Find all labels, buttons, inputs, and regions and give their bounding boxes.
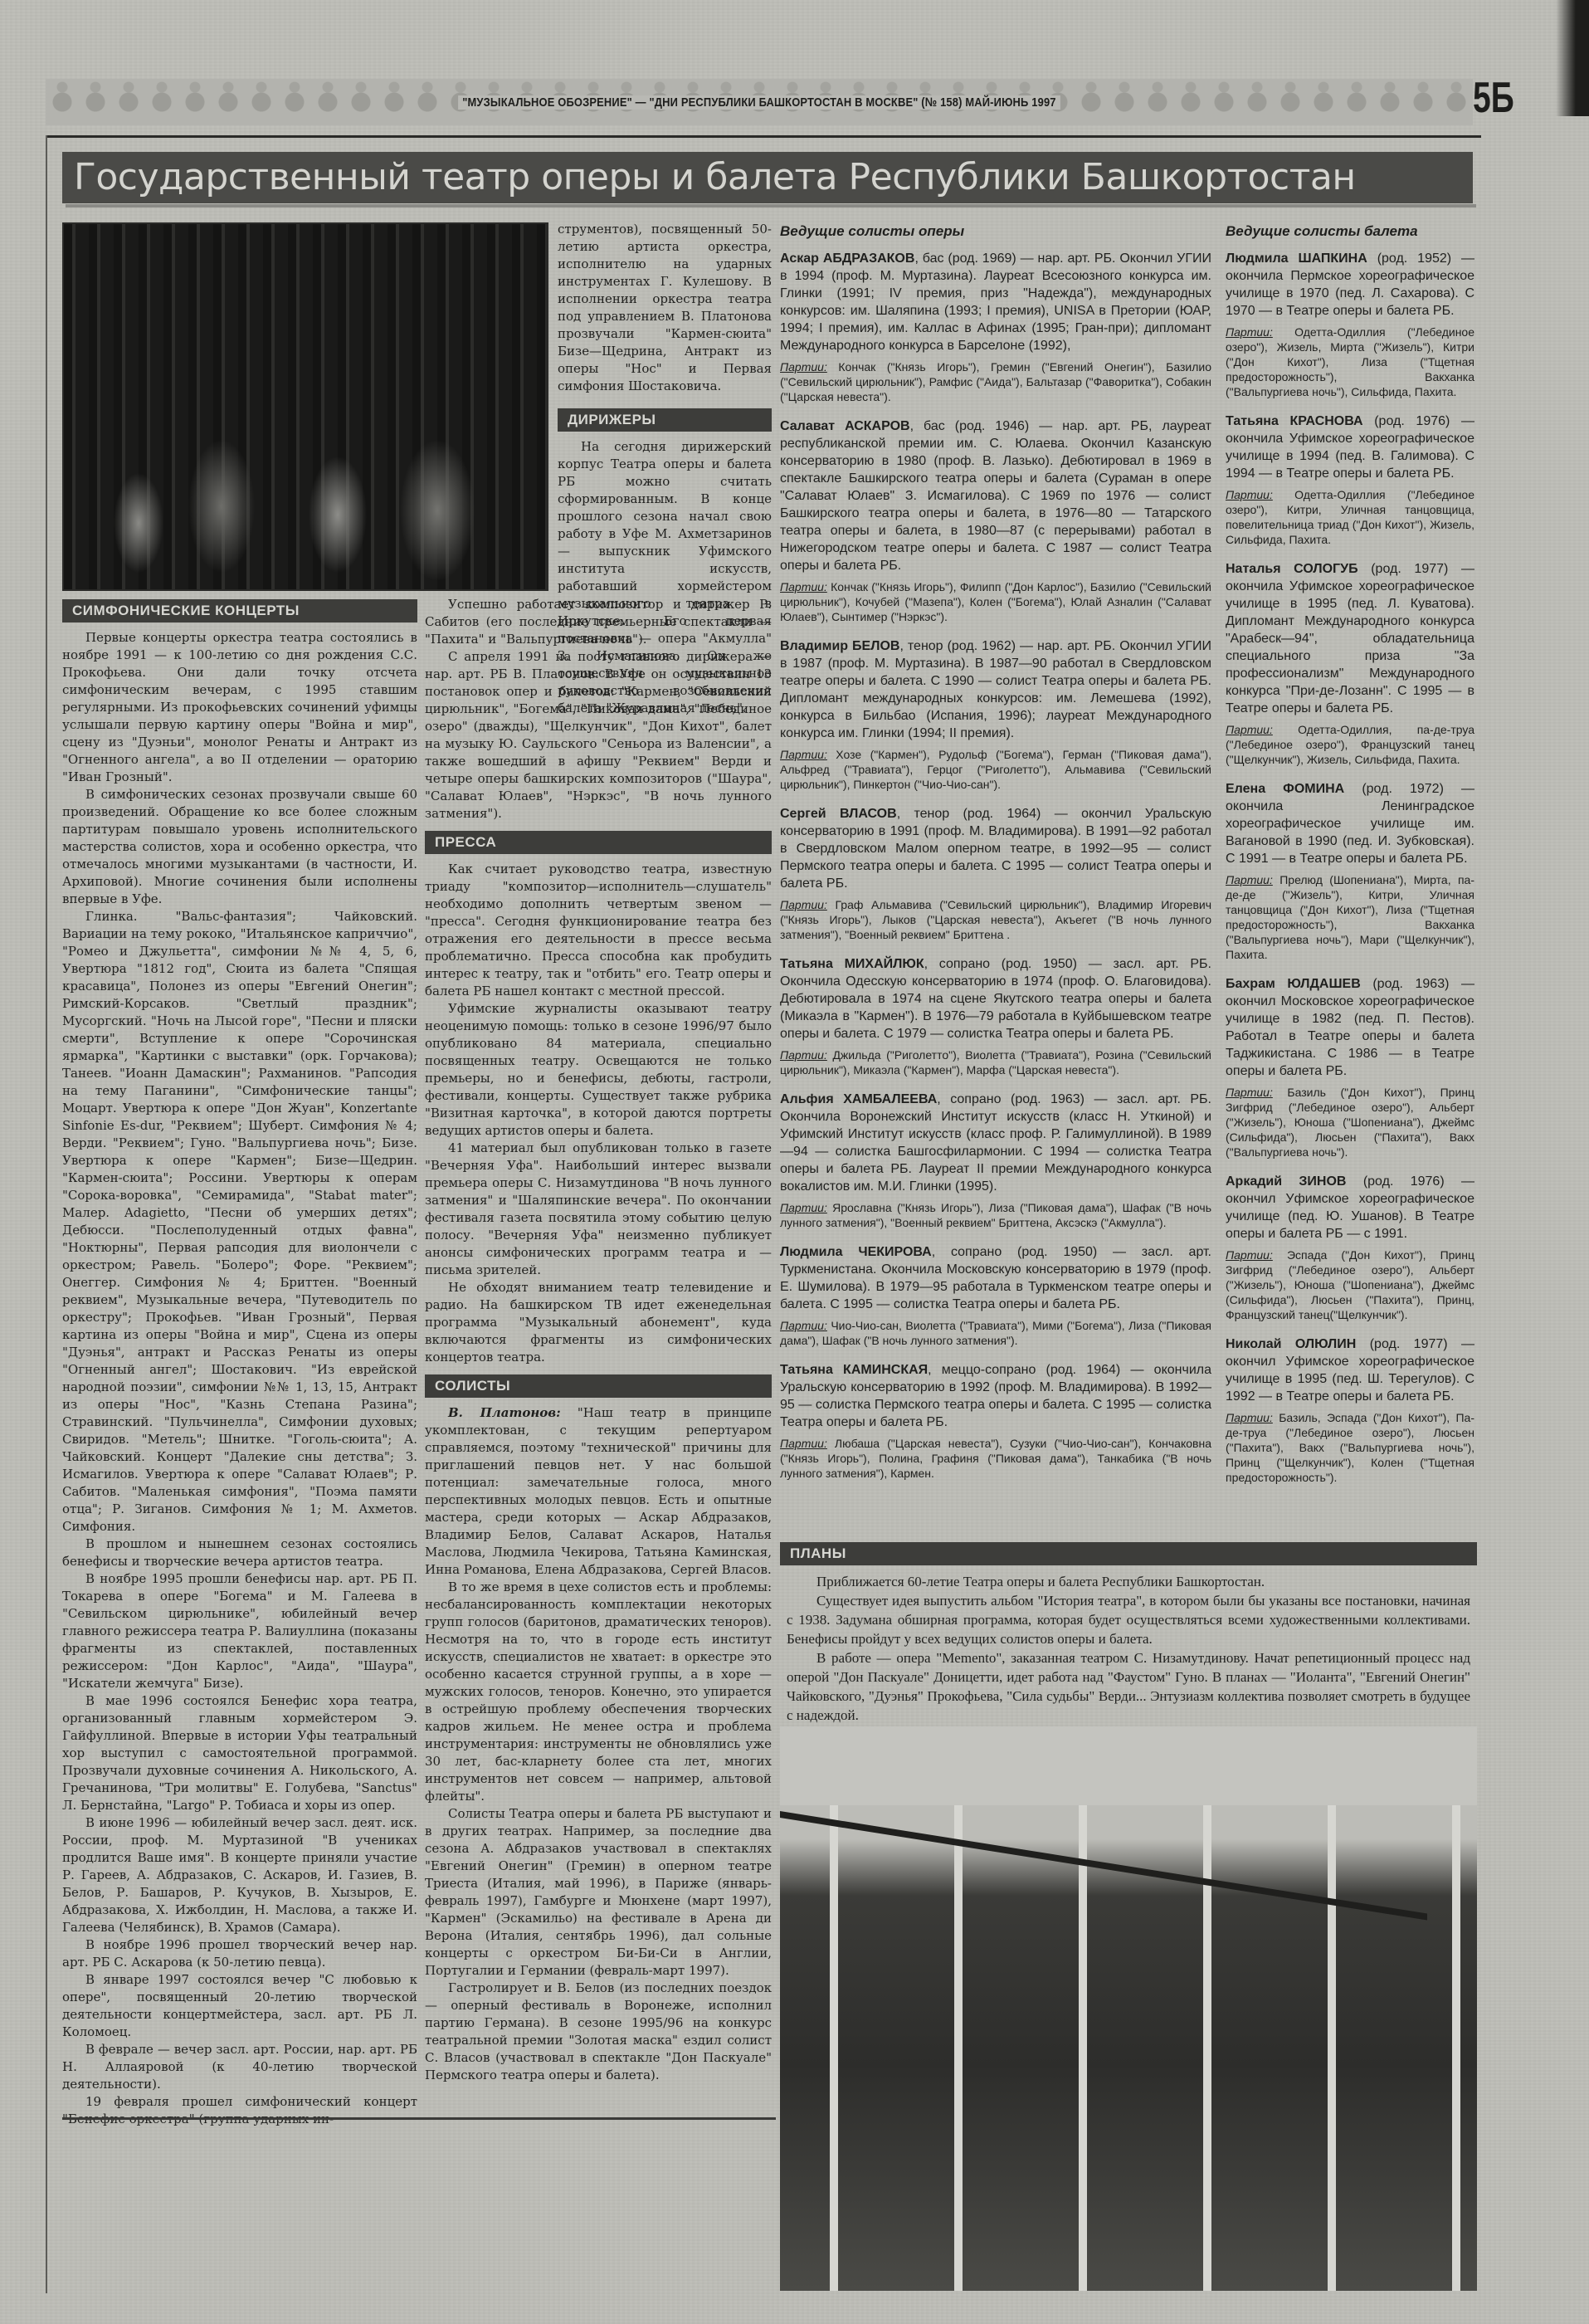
soloist-roles: Кончак ("Князь Игорь"), Гремин ("Евгений… — [780, 360, 1211, 403]
ballet-soloist-entry: Аркадий ЗИНОВ (род. 1976) — окончил Уфим… — [1226, 1173, 1474, 1322]
frame-rule-left — [46, 135, 47, 2293]
press-paragraph: Как считает руководство театра, известну… — [425, 861, 772, 1000]
soloist-name: Людмила ШАПКИНА — [1226, 251, 1367, 266]
title-shadow — [66, 204, 1476, 207]
soloist-roles: Чио-Чио-сан, Виолетта ("Травиата"), Мими… — [780, 1319, 1211, 1347]
plans-paragraph: Существует идея выпустить альбом "Истори… — [787, 1591, 1470, 1648]
soloists-paragraph: Солисты Театра оперы и балета РБ выступа… — [425, 1805, 772, 1980]
ballet-soloist-entry: Людмила ШАПКИНА (род. 1952) — окончила П… — [1226, 250, 1474, 399]
ballet-soloists-heading: Ведущие солисты балета — [1226, 222, 1474, 240]
torn-page-edge — [1556, 0, 1589, 116]
plans-paragraph: В работе — опера "Memento", заказанная т… — [787, 1648, 1470, 1725]
quote-author: В. Платонов: — [448, 1405, 561, 1420]
symphonic-paragraph: В ноябре 1996 прошел творческий вечер на… — [62, 1936, 417, 1971]
soloists-quote: В. Платонов: "Наш театр в принципе укомп… — [425, 1404, 772, 1579]
section-heading-plans: ПЛАНЫ — [780, 1542, 1477, 1565]
stage-performance-photo — [62, 222, 548, 591]
conductors-paragraph: С апреля 1991 на посту главного дирижера… — [425, 648, 772, 823]
symphonic-paragraph: В мае 1996 состоялся Бенефис хора театра… — [62, 1692, 417, 1814]
opera-soloists-heading: Ведущие солисты оперы — [780, 222, 1211, 240]
symphonic-paragraph: 19 февраля прошел симфонический концерт … — [62, 2093, 417, 2128]
soloist-name: Татьяна КРАСНОВА — [1226, 414, 1363, 428]
column-opera-soloists: Ведущие солисты оперы Аскар АБДРАЗАКОВ, … — [780, 222, 1211, 1494]
soloist-name: Аркадий ЗИНОВ — [1226, 1174, 1346, 1189]
symphonic-paragraph: Первые концерты оркестра театра состояли… — [62, 629, 417, 786]
soloist-roles: Кончак ("Князь Игорь"), Филипп ("Дон Кар… — [780, 580, 1211, 623]
theatre-building-photo — [780, 1726, 1477, 2291]
soloist-name: Салават АСКАРОВ — [780, 419, 910, 433]
plans-paragraph: Приближается 60-летие Театра оперы и бал… — [787, 1572, 1470, 1591]
soloist-roles: Любаша ("Царская невеста"), Сузуки ("Чио… — [780, 1437, 1211, 1480]
section-heading-soloists: СОЛИСТЫ — [425, 1374, 772, 1398]
symphonic-paragraph: В ноябре 1995 прошли бенефисы нар. арт. … — [62, 1570, 417, 1692]
soloist-roles: Ярославна ("Князь Игорь"), Лиза ("Пикова… — [780, 1201, 1211, 1229]
opera-soloist-entry: Татьяна КАМИНСКАЯ, меццо-сопрано (род. 1… — [780, 1361, 1211, 1481]
opera-soloist-entry: Татьяна МИХАЙЛЮК, сопрано (род. 1950) — … — [780, 955, 1211, 1077]
soloist-roles: Граф Альмавива ("Севильский цирюльник"),… — [780, 898, 1211, 941]
running-title: "МУЗЫКАЛЬНОЕ ОБОЗРЕНИЕ" — "ДНИ РЕСПУБЛИК… — [458, 95, 1060, 110]
opera-soloist-entry: Аскар АБДРАЗАКОВ, бас (род. 1969) — нар.… — [780, 250, 1211, 404]
press-paragraph: Уфимские журналисты оказывают театру нео… — [425, 1000, 772, 1140]
conductors-paragraph: Успешно работает композитор и дирижер Р.… — [425, 596, 772, 648]
ballet-soloist-entry: Бахрам ЮЛДАШЕВ (род. 1963) — окончил Мос… — [1226, 975, 1474, 1160]
section-heading-symphonic: СИМФОНИЧЕСКИЕ КОНЦЕРТЫ — [62, 599, 417, 622]
soloist-name: Альфия ХАМБАЛЕЕВА — [780, 1092, 937, 1106]
ballet-soloist-entry: Наталья СОЛОГУБ (род. 1977) — окончила У… — [1226, 560, 1474, 767]
soloist-name: Елена ФОМИНА — [1226, 782, 1344, 796]
opera-soloist-entry: Владимир БЕЛОВ, тенор (род. 1962) — нар.… — [780, 637, 1211, 792]
symphonic-paragraph: В прошлом и нынешнем сезонах состоялись … — [62, 1535, 417, 1570]
soloists-paragraph: В то же время в цехе солистов есть и про… — [425, 1579, 772, 1805]
soloist-name: Татьяна МИХАЙЛЮК — [780, 957, 924, 971]
opera-soloist-entry: Людмила ЧЕКИРОВА, сопрано (род. 1950) — … — [780, 1243, 1211, 1348]
ornament-header-band: "МУЗЫКАЛЬНОЕ ОБОЗРЕНИЕ" — "ДНИ РЕСПУБЛИК… — [46, 79, 1473, 125]
bottom-rule — [62, 2117, 776, 2120]
opera-soloist-entry: Салават АСКАРОВ, бас (род. 1946) — нар. … — [780, 417, 1211, 624]
column-symphonic-concerts: СИМФОНИЧЕСКИЕ КОНЦЕРТЫ Первые концерты о… — [62, 591, 417, 2128]
symphonic-paragraph: В июне 1996 — юбилейный вечер засл. деят… — [62, 1814, 417, 1936]
orchestra-benefit-continuation: струментов), посвященный 50-летию артист… — [558, 221, 772, 395]
ballet-soloist-entry: Елена ФОМИНА (род. 1972) — окончила Лени… — [1226, 780, 1474, 962]
soloist-name: Аскар АБДРАЗАКОВ — [780, 251, 914, 266]
repertoire-list: Глинка. "Вальс-фантазия"; Чайковский. Ва… — [62, 908, 417, 1535]
soloist-name: Бахрам ЮЛДАШЕВ — [1226, 977, 1361, 991]
opera-soloist-entry: Альфия ХАМБАЛЕЕВА, сопрано (род. 1963) —… — [780, 1091, 1211, 1230]
symphonic-paragraph: В симфонических сезонах прозвучали свыше… — [62, 786, 417, 908]
soloist-roles: Джильда ("Риголетто"), Виолетта ("Травиа… — [780, 1048, 1211, 1077]
top-rule — [46, 135, 1481, 138]
symphonic-paragraph: В январе 1997 состоялся вечер "С любовью… — [62, 1971, 417, 2041]
opera-soloist-entry: Сергей ВЛАСОВ, тенор (род. 1964) — оконч… — [780, 805, 1211, 942]
soloist-name: Людмила ЧЕКИРОВА — [780, 1245, 932, 1259]
column-ballet-soloists: Ведущие солисты балета Людмила ШАПКИНА (… — [1226, 222, 1474, 1498]
ballet-soloist-entry: Татьяна КРАСНОВА (род. 1976) — окончила … — [1226, 413, 1474, 547]
page-number: 5Б — [1473, 73, 1514, 123]
ballet-soloist-entry: Николай ОЛЮЛИН (род. 1977) — окончил Уфи… — [1226, 1335, 1474, 1485]
section-plans: ПЛАНЫ Приближается 60-летие Театра оперы… — [780, 1534, 1477, 1725]
soloist-name: Татьяна КАМИНСКАЯ — [780, 1363, 928, 1377]
soloist-name: Сергей ВЛАСОВ — [780, 807, 897, 821]
article-title: Государственный театр оперы и балета Рес… — [62, 152, 1473, 203]
column-2-main: Успешно работает композитор и дирижер Р.… — [425, 596, 772, 2084]
soloist-name: Николай ОЛЮЛИН — [1226, 1337, 1356, 1351]
section-heading-conductors: ДИРИЖЕРЫ — [558, 408, 772, 432]
soloist-roles: Хозе ("Кармен"), Рудольф ("Богема"), Гер… — [780, 748, 1211, 791]
press-paragraph: 41 материал был опубликован только в газ… — [425, 1140, 772, 1279]
symphonic-paragraph: В феврале — вечер засл. арт. России, нар… — [62, 2041, 417, 2093]
press-paragraph: Не обходят вниманием театр телевидение и… — [425, 1279, 772, 1366]
soloist-name: Владимир БЕЛОВ — [780, 639, 899, 653]
soloist-name: Наталья СОЛОГУБ — [1226, 562, 1358, 576]
soloists-paragraph: Гастролирует и В. Белов (из последних по… — [425, 1980, 772, 2084]
section-heading-press: ПРЕССА — [425, 831, 772, 854]
